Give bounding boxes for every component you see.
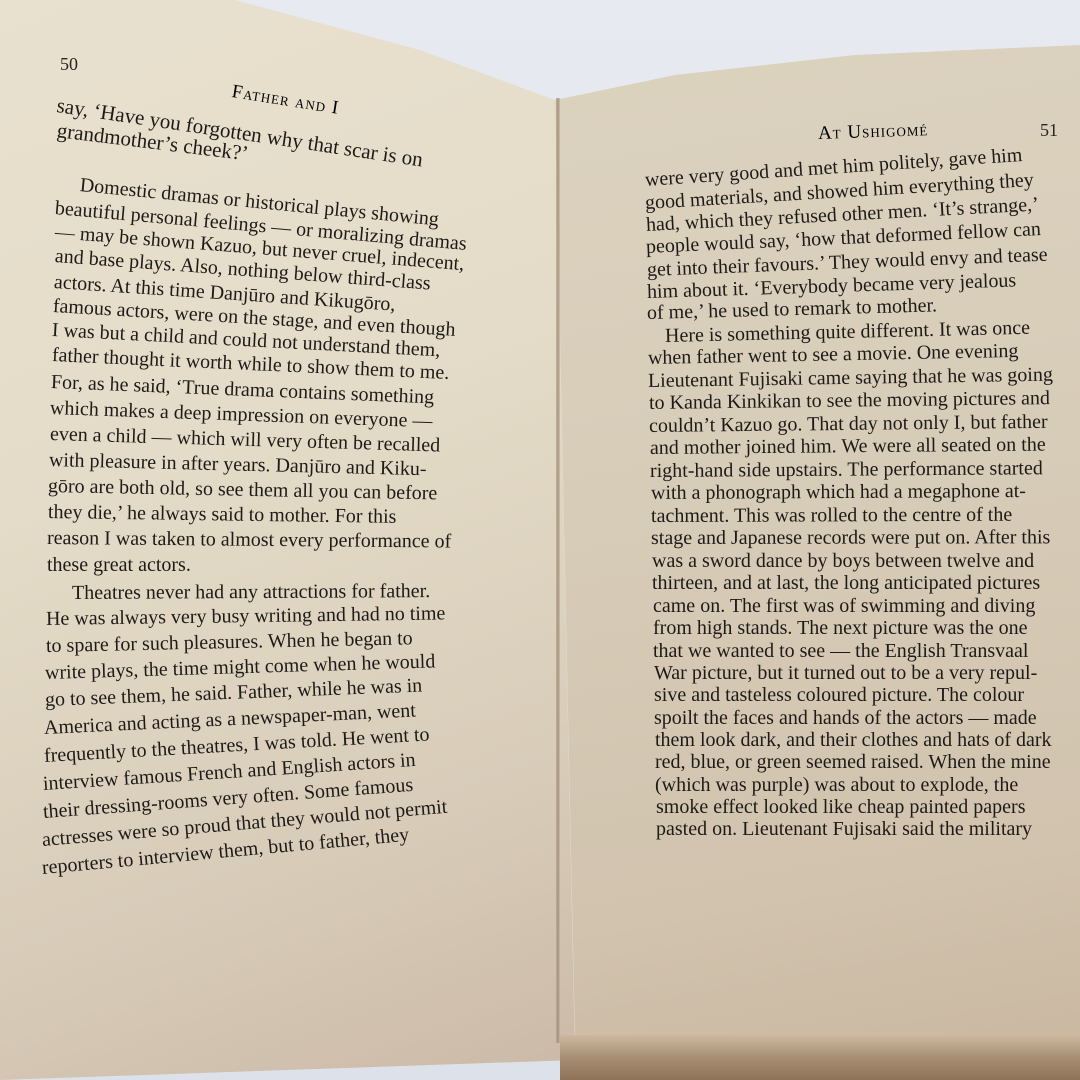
text-line: them look dark, and their clothes and ha…	[655, 730, 1052, 750]
text-line: thirteen, and at last, the long anticipa…	[652, 573, 1040, 593]
text-line: and mother joined him. We were all seate…	[650, 435, 1046, 458]
left-page-number: 50	[60, 54, 78, 75]
page-stack-edge	[560, 1035, 1080, 1080]
text-line: red, blue, or green seemed raised. When …	[655, 752, 1051, 772]
text-line: that we wanted to see — the English Tran…	[653, 641, 1029, 661]
text-line: they die,’ he always said to mother. For…	[48, 502, 397, 527]
right-running-head: At Ushigomé	[818, 120, 929, 143]
text-line: He was always very busy writing and had …	[46, 603, 446, 629]
text-line: pasted on. Lieutenant Fujisaki said the …	[656, 819, 1032, 839]
text-line: to Kanda Kinkikan to see the moving pict…	[649, 388, 1050, 413]
text-line: smoke effect looked like cheap painted p…	[656, 797, 1025, 817]
text-line: these great actors.	[47, 555, 191, 575]
text-line: couldn’t Kazuo go. That day not only I, …	[649, 412, 1048, 436]
text-line: Theatres never had any attractions for f…	[72, 581, 430, 603]
text-line: from high stands. The next picture was t…	[653, 618, 1028, 638]
text-line: was a sword dance by boys between twelve…	[652, 551, 1034, 571]
text-line: sive and tasteless coloured picture. The…	[654, 685, 1024, 705]
text-line: tachment. This was rolled to the centre …	[651, 505, 1012, 526]
text-line: reason I was taken to almost every perfo…	[47, 528, 451, 552]
text-line: came on. The first was of swimming and d…	[653, 596, 1035, 616]
text-line: right-hand side upstairs. The performanc…	[650, 458, 1043, 481]
text-line: (which was purple) was about to explode,…	[655, 775, 1018, 795]
text-line: spoilt the faces and hands of the actors…	[654, 708, 1037, 728]
right-page-number: 51	[1040, 120, 1058, 141]
book-gutter	[556, 98, 560, 1043]
text-line: War picture, but it turned out to be a v…	[654, 663, 1037, 683]
text-line: with a phonograph which had a megaphone …	[651, 481, 1026, 503]
text-line: stage and Japanese records were put on. …	[651, 527, 1050, 548]
